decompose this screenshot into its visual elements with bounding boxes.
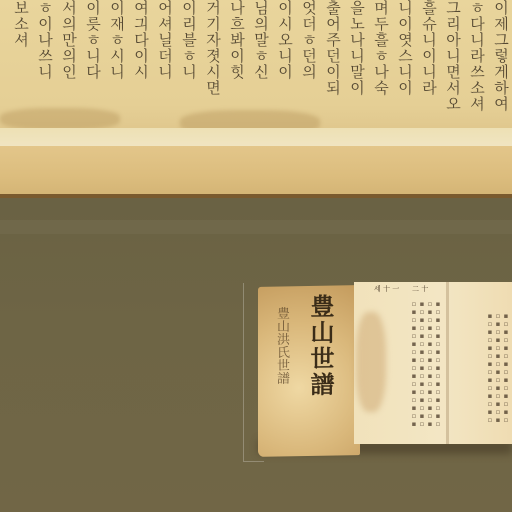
mounting-board-edge bbox=[0, 194, 512, 198]
scroll-column: 이제그렇게하여 bbox=[492, 0, 510, 112]
scroll-column: 서의만의인 bbox=[60, 0, 78, 80]
page-header-left: 세 十 一 bbox=[374, 284, 399, 294]
scroll-column: 그리아니면서오 bbox=[444, 0, 462, 112]
handwritten-scroll: 이제그렇게하여 ㅎ다니라쓰소셔 그리아니면서오 흘슈니이니라 니이엿스니이 며두… bbox=[0, 0, 512, 150]
scroll-column: 흘슈니이니라 bbox=[420, 0, 438, 96]
scroll-column: 님의말ㅎ신 bbox=[252, 0, 270, 80]
mounting-board bbox=[0, 146, 512, 196]
scroll-column: 어셔닐더니 bbox=[156, 0, 174, 80]
scroll-column: 이시오니이 bbox=[276, 0, 294, 80]
booklet-open-pages: 세 十 一 二 十 ▪▫▪▫▪▫▪▫▪▫▪▫▪▫▪▫ ▫▪▫▪▫▪▫▪▫▪▫▪▫… bbox=[354, 282, 512, 444]
scroll-column: 엇더ㅎ던의 bbox=[300, 0, 318, 80]
genealogy-booklet-cover: 豊山世譜 豊山洪氏世譜 bbox=[258, 285, 360, 457]
page-header-right: 二 十 bbox=[412, 284, 428, 294]
page-fold bbox=[446, 282, 449, 444]
scroll-column: 나흐봐이힛 bbox=[228, 0, 246, 80]
scroll-column: 보소셔 bbox=[12, 0, 30, 48]
page-text-block: ▪▫▪▫▪▫▪▫▪▫▪▫▪▫▪▫ ▫▪▫▪▫▪▫▪▫▪▫▪▫▪▫▪ ▪▫▪▫▪▫… bbox=[362, 300, 442, 430]
glass-reflection bbox=[0, 220, 512, 234]
scroll-column: 며두흘ㅎ나숙 bbox=[372, 0, 390, 96]
scroll-column: 출어주던이되 bbox=[324, 0, 342, 96]
scroll-column: 거기자졋시면 bbox=[204, 0, 222, 96]
page-text-block: ▪▫▪▫▪▫▪▫▪▫▪▫▪▫ ▫▪▫▪▫▪▫▪▫▪▫▪▫▪ ▪▫▪▫▪▫▪▫▪▫… bbox=[454, 312, 510, 432]
scroll-column: ㅎ다니라쓰소셔 bbox=[468, 0, 486, 112]
museum-display-photo: 이제그렇게하여 ㅎ다니라쓰소셔 그리아니면서오 흘슈니이니라 니이엿스니이 며두… bbox=[0, 0, 512, 512]
scroll-column: 을노나니말이 bbox=[348, 0, 366, 96]
scroll-column: 이재ㅎ시니 bbox=[108, 0, 126, 80]
scroll-column: 이리블ㅎ니 bbox=[180, 0, 198, 80]
cover-subtitle: 豊山洪氏世譜 bbox=[272, 306, 291, 384]
scroll-column: ㅎ이나쓰니 bbox=[36, 0, 54, 80]
scroll-column: 이릇ㅎ니다 bbox=[84, 0, 102, 80]
scroll-column: 여긔다이시 bbox=[132, 0, 150, 80]
cover-title: 豊山世譜 bbox=[303, 293, 338, 398]
scroll-column: 니이엿스니이 bbox=[396, 0, 414, 96]
paper-stain bbox=[0, 108, 120, 130]
